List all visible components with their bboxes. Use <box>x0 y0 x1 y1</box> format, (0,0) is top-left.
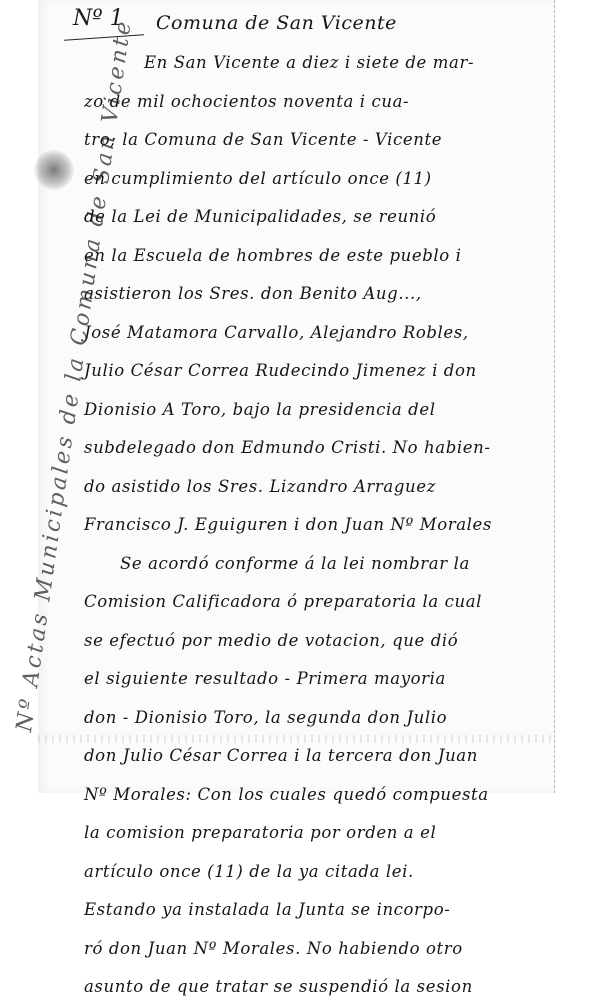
ink-blot <box>34 150 74 190</box>
text-line: Francisco J. Eguiguren i don Juan Nº Mor… <box>84 506 562 545</box>
text-line: en cumplimiento del artículo once (11) <box>84 160 562 199</box>
text-line: se efectuó por medio de votacion, que di… <box>84 622 562 661</box>
text-line: Comision Calificadora ó preparatoria la … <box>84 583 562 622</box>
text-line: Nº Morales: Con los cuales quedó compues… <box>84 776 562 801</box>
text-line: subdelegado don Edmundo Cristi. No habie… <box>84 429 562 468</box>
document-heading: Comuna de San Vicente <box>156 12 397 34</box>
text-line: asistieron los Sres. don Benito Aug..., <box>84 275 562 314</box>
text-line: Se acordó conforme á la lei nombrar la <box>92 545 562 584</box>
text-line: José Matamora Carvallo, Alejandro Robles… <box>84 314 562 353</box>
text-line: tro; la Comuna de San Vicente - Vicente <box>84 121 562 160</box>
text-line: zo de mil ochocientos noventa i cua- <box>84 83 562 122</box>
text-line: en la Escuela de hombres de este pueblo … <box>84 237 562 276</box>
text-line: Dionisio A Toro, bajo la presidencia del <box>84 391 562 430</box>
text-line: Julio César Correa Rudecindo Jimenez i d… <box>84 352 562 391</box>
text-line: don - Dionisio Toro, la segunda don Juli… <box>84 699 562 738</box>
text-line: don Julio César Correa i la tercera don … <box>84 737 562 776</box>
text-line: do asistido los Sres. Lizandro Arraguez <box>84 468 562 507</box>
document-body: En San Vicente a diez i siete de mar- zo… <box>92 44 562 800</box>
text-line: En San Vicente a diez i siete de mar- <box>92 44 562 83</box>
document-number: Nº 1 <box>73 6 124 31</box>
text-line: de la Lei de Municipalidades, se reunió <box>84 198 562 237</box>
text-line: el siguiente resultado - Primera mayoria <box>84 660 562 699</box>
